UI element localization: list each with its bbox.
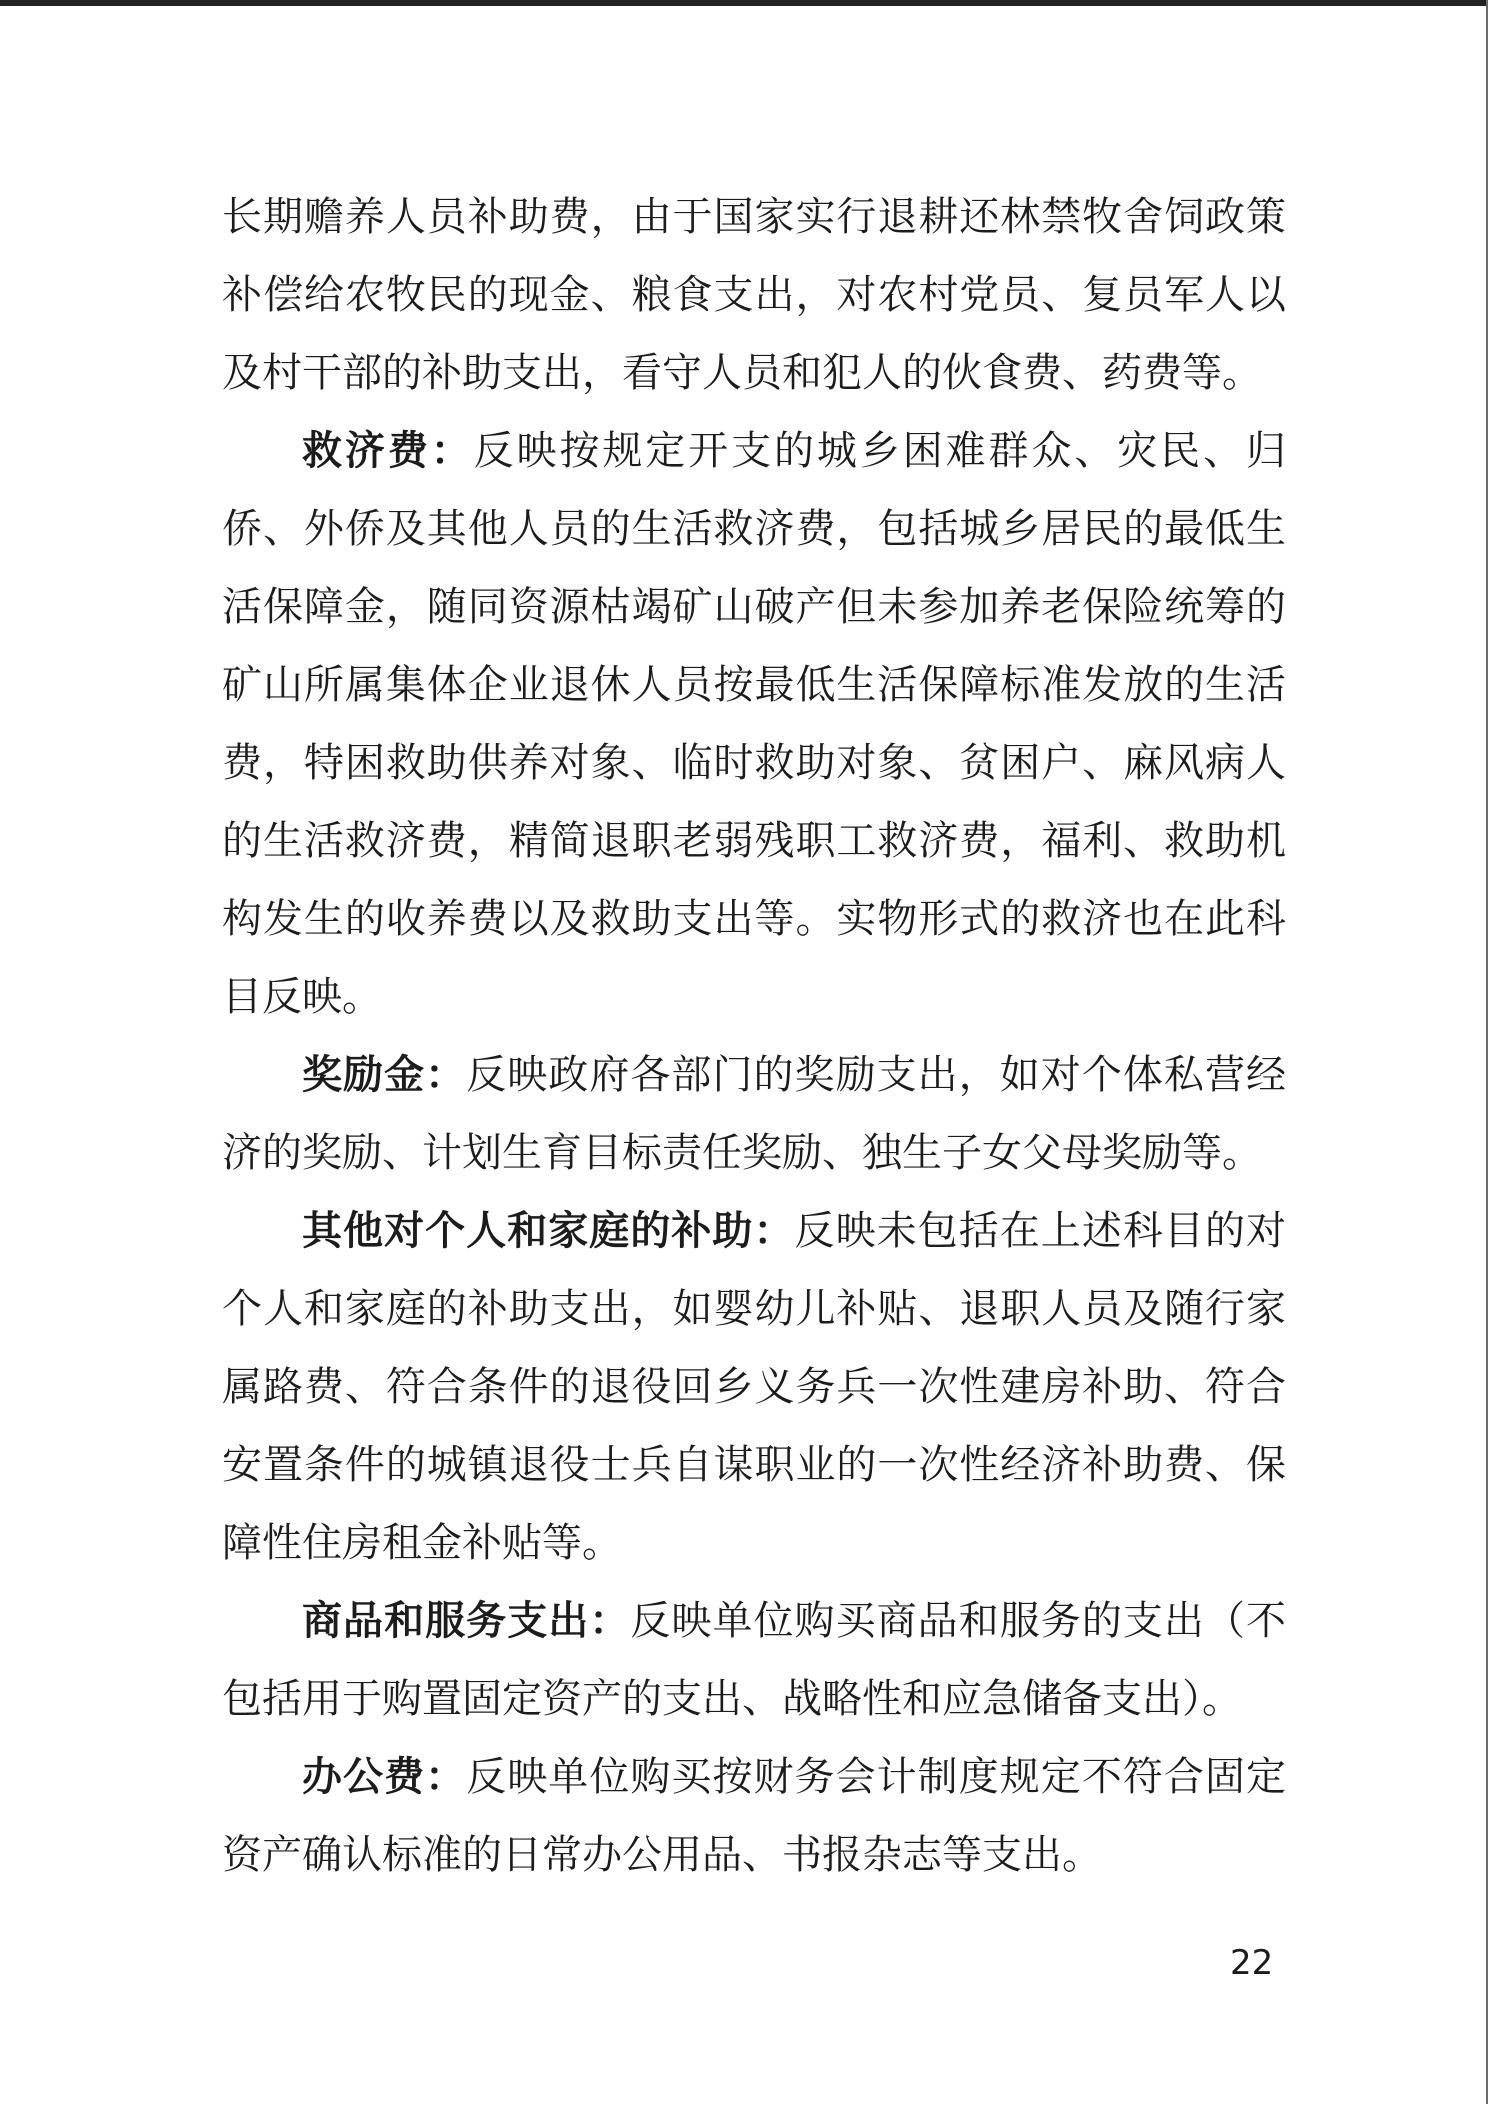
paragraph-text: 反映按规定开支的城乡困难群众、灾民、归侨、外侨及其他人员的生活救济费，包括城乡居…: [222, 428, 1286, 1020]
paragraph: 救济费：反映按规定开支的城乡困难群众、灾民、归侨、外侨及其他人员的生活救济费，包…: [222, 412, 1286, 1036]
page-top-edge-bar: [0, 0, 1488, 6]
paragraph: 办公费：反映单位购买按财务会计制度规定不符合固定资产确认标准的日常办公用品、书报…: [222, 1738, 1286, 1894]
paragraph-lead: 其他对个人和家庭的补助：: [302, 1207, 795, 1254]
paragraph: 奖励金：反映政府各部门的奖励支出，如对个体私营经济的奖励、计划生育目标责任奖励、…: [222, 1036, 1286, 1192]
paragraph: 长期赡养人员补助费，由于国家实行退耕还林禁牧舍饲政策补偿给农牧民的现金、粮食支出…: [222, 178, 1286, 412]
paragraph-lead: 奖励金：: [302, 1051, 466, 1098]
paragraph-lead: 救济费：: [302, 427, 474, 474]
paragraph: 商品和服务支出：反映单位购买商品和服务的支出（不包括用于购置固定资产的支出、战略…: [222, 1582, 1286, 1738]
paragraph: 其他对个人和家庭的补助：反映未包括在上述科目的对个人和家庭的补助支出，如婴幼儿补…: [222, 1192, 1286, 1582]
document-page: 长期赡养人员补助费，由于国家实行退耕还林禁牧舍饲政策补偿给农牧民的现金、粮食支出…: [0, 0, 1488, 2104]
paragraph-lead: 办公费：: [302, 1753, 466, 1800]
paragraph-lead: 商品和服务支出：: [302, 1597, 630, 1644]
paragraph-text: 反映未包括在上述科目的对个人和家庭的补助支出，如婴幼儿补贴、退职人员及随行家属路…: [222, 1208, 1286, 1566]
paragraph-text: 长期赡养人员补助费，由于国家实行退耕还林禁牧舍饲政策补偿给农牧民的现金、粮食支出…: [222, 194, 1286, 396]
page-number: 22: [1230, 1946, 1273, 1980]
document-body: 长期赡养人员补助费，由于国家实行退耕还林禁牧舍饲政策补偿给农牧民的现金、粮食支出…: [222, 178, 1286, 1894]
